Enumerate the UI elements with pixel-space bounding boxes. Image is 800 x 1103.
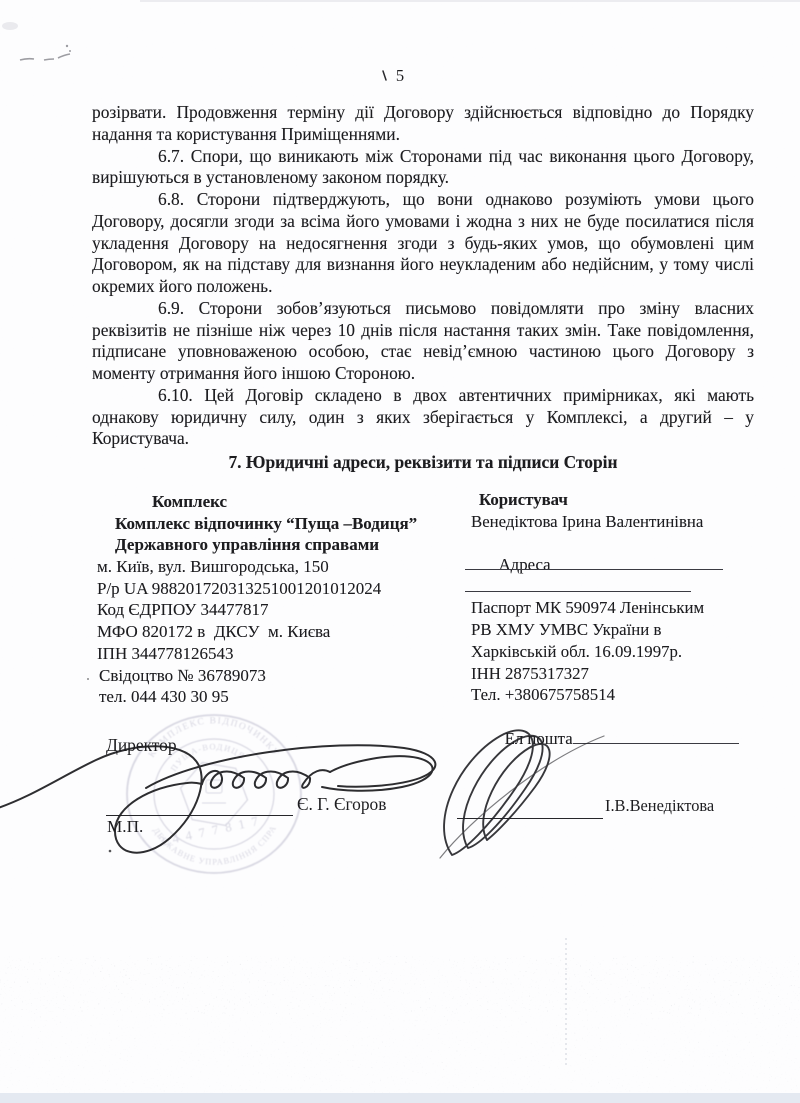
contract-clauses: розірвати. Продовження терміну дії Догов… (92, 102, 754, 450)
user-passport-line-1: Паспорт МК 590974 Ленінським (465, 597, 765, 619)
complex-name-line-2: Державного управління справами (95, 534, 455, 556)
page-number: 5 (0, 66, 800, 86)
complex-account: Р/р UA 988201720313251001201012024 (95, 578, 455, 600)
complex-title: Комплекс (95, 491, 455, 513)
complex-phone: тел. 044 430 30 95 (95, 686, 455, 708)
complex-address: м. Київ, вул. Вишгородська, 150 (95, 556, 455, 578)
complex-edrpou: Код ЄДРПОУ 34477817 (95, 599, 455, 621)
blank-underline (465, 555, 691, 570)
user-email-label: Ел пошта (505, 729, 573, 748)
user-passport-line-2: РВ ХМУ УМВС України в (465, 619, 765, 641)
complex-name-line-1: Комплекс відпочинку “Пуща –Водиця” (95, 513, 455, 535)
user-signature-line (457, 818, 603, 819)
director-signature-line (106, 815, 293, 816)
user-signature-name: І.В.Венедіктова (605, 796, 714, 816)
clause-6-8: 6.8. Сторони підтверджують, що вони одна… (92, 189, 754, 298)
user-blank-line-2 (465, 576, 765, 598)
clause-6-9: 6.9. Сторони зобов’язуються письмово пов… (92, 298, 754, 385)
user-phone: Тел. +380675758514 (465, 684, 765, 706)
user-email-blank (573, 729, 739, 744)
director-name: Є. Г. Єгоров (297, 794, 386, 815)
clause-6-10: 6.10. Цей Договір складено в двох автент… (92, 385, 754, 450)
seal-place-label: М.П. (107, 817, 143, 837)
director-label: Директор (106, 735, 177, 756)
clause-continuation: розірвати. Продовження терміну дії Догов… (92, 102, 754, 146)
clause-6-7: 6.7. Спори, що виникають між Сторонами п… (92, 146, 754, 190)
complex-requisites-column: Комплекс Комплекс відпочинку “Пуща –Води… (95, 491, 455, 708)
user-email-line: Ел пошта (465, 706, 765, 728)
user-address-line: Адреса (465, 532, 765, 554)
text-layer: 5 розірвати. Продовження терміну дії Дог… (0, 0, 800, 1103)
document-page: КОМПЛЕКС ВІДПОЧИНКУ ДЕРЖАВНЕ УПРАВЛІННЯ … (0, 0, 800, 1103)
section-7-heading: 7. Юридичні адреси, реквізити та підписи… (92, 452, 754, 473)
complex-certificate: Свідоцтво № 36789073 (95, 665, 455, 687)
user-name: Венедіктова Ірина Валентинівна (465, 511, 765, 533)
user-inn: ІНН 2875317327 (465, 663, 765, 685)
user-passport-line-3: Харківській обл. 16.09.1997р. (465, 641, 765, 663)
blank-underline (465, 577, 691, 592)
complex-mfo: МФО 820172 в ДКСУ м. Києва (95, 621, 455, 643)
complex-ipn: ІПН 344778126543 (95, 643, 455, 665)
user-requisites-column: Користувач Венедіктова Ірина Валентинівн… (465, 489, 765, 728)
user-title: Користувач (465, 489, 765, 511)
